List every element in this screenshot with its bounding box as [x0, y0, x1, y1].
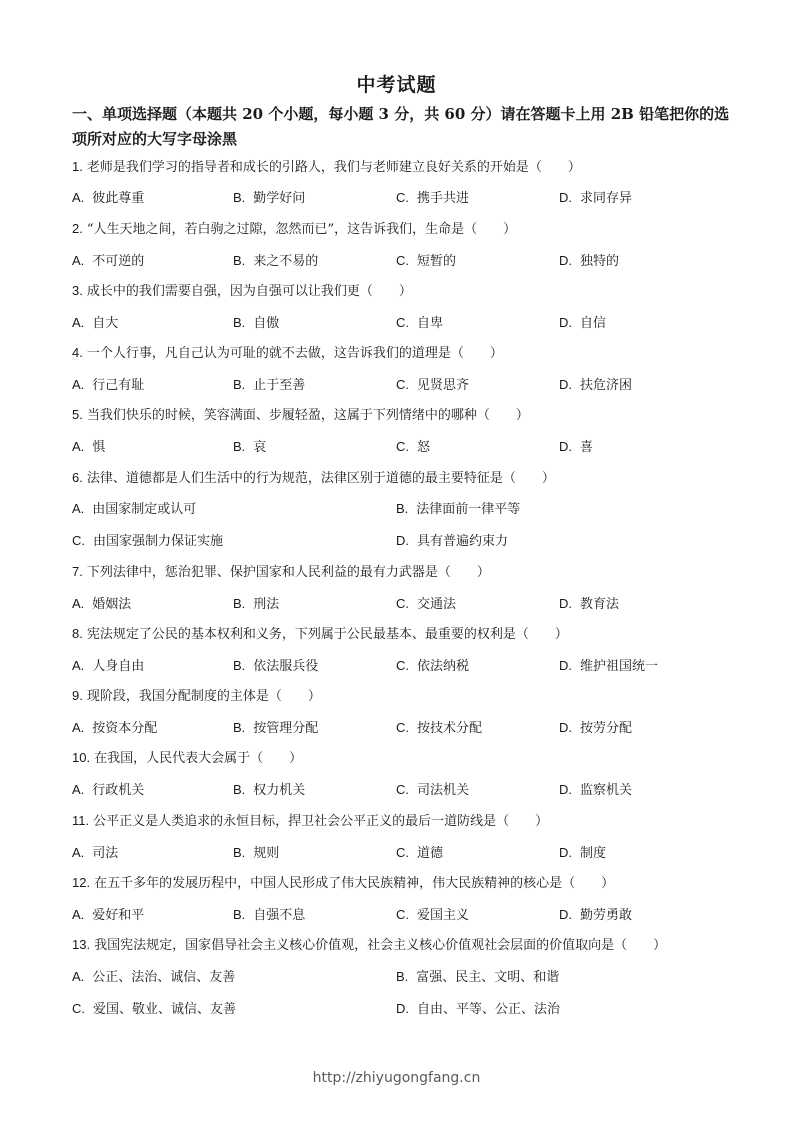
option-label: B. [233, 907, 245, 922]
question-number: 7. [72, 564, 83, 579]
option-label: B. [396, 969, 408, 984]
option-text: 制度 [580, 846, 606, 861]
option-12b: B.自强不息 [233, 906, 305, 925]
option-label: D. [559, 253, 572, 268]
option-text: 爱国主义 [417, 908, 469, 923]
option-9c: C.按技术分配 [396, 719, 482, 738]
option-text: 来之不易的 [253, 254, 318, 269]
option-text: 规则 [253, 846, 279, 861]
question-text: 我国宪法规定，国家倡导社会主义核心价值观，社会主义核心价值观社会层面的价值取向是… [94, 938, 666, 953]
option-6b: B.法律面前一律平等 [396, 500, 520, 519]
option-label: C. [396, 720, 409, 735]
option-3c: C.自卑 [396, 314, 443, 333]
option-label: B. [233, 190, 245, 205]
option-5b: B.哀 [233, 438, 266, 457]
option-text: 权力机关 [253, 783, 305, 798]
option-8b: B.依法服兵役 [233, 657, 318, 676]
option-12a: A.爱好和平 [72, 906, 144, 925]
option-text: 依法服兵役 [253, 659, 318, 674]
option-label: B. [233, 658, 245, 673]
page-title: 中考试题 [0, 70, 793, 97]
question-1: 1.老师是我们学习的指导者和成长的引路人，我们与老师建立良好关系的开始是（ ） [72, 158, 581, 177]
option-label: A. [72, 377, 84, 392]
question-text: 公平正义是人类追求的永恒目标，捍卫社会公平正义的最后一道防线是（ ） [93, 814, 548, 829]
option-10a: A.行政机关 [72, 781, 144, 800]
question-7: 7.下列法律中，惩治犯罪、保护国家和人民利益的最有力武器是（ ） [72, 563, 490, 582]
option-text: 按资本分配 [92, 721, 157, 736]
question-number: 1. [72, 159, 83, 174]
option-13b: B.富强、民主、文明、和谐 [396, 968, 559, 987]
question-text: 老师是我们学习的指导者和成长的引路人，我们与老师建立良好关系的开始是（ ） [87, 160, 581, 175]
option-text: 携手共进 [417, 191, 469, 206]
option-label: A. [72, 720, 84, 735]
option-1c: C.携手共进 [396, 189, 469, 208]
option-10c: C.司法机关 [396, 781, 469, 800]
option-label: A. [72, 658, 84, 673]
option-4b: B.止于至善 [233, 376, 305, 395]
option-9d: D.按劳分配 [559, 719, 632, 738]
option-text: 由国家制定或认可 [92, 502, 196, 517]
option-label: A. [72, 315, 84, 330]
option-label: A. [72, 782, 84, 797]
option-11b: B.规则 [233, 844, 279, 863]
option-label: A. [72, 845, 84, 860]
option-text: 司法 [92, 846, 118, 861]
option-4c: C.见贤思齐 [396, 376, 469, 395]
option-9b: B.按管理分配 [233, 719, 318, 738]
option-text: 不可逆的 [92, 254, 144, 269]
question-text: 成长中的我们需要自强，因为自强可以让我们更（ ） [87, 284, 412, 299]
option-11c: C.道德 [396, 844, 443, 863]
question-9: 9.现阶段，我国分配制度的主体是（ ） [72, 687, 321, 706]
option-label: C. [396, 439, 409, 454]
question-number: 3. [72, 283, 83, 298]
option-3b: B.自傲 [233, 314, 279, 333]
option-label: D. [559, 845, 572, 860]
option-6d: D.具有普遍约束力 [396, 532, 508, 551]
option-label: A. [72, 907, 84, 922]
option-text: 具有普遍约束力 [417, 534, 508, 549]
option-text: 勤劳勇敢 [580, 908, 632, 923]
option-text: 富强、民主、文明、和谐 [416, 970, 559, 985]
option-3a: A.自大 [72, 314, 118, 333]
option-label: B. [396, 501, 408, 516]
option-text: 按劳分配 [580, 721, 632, 736]
option-label: C. [396, 315, 409, 330]
option-13d: D.自由、平等、公正、法治 [396, 1000, 560, 1019]
option-label: C. [72, 533, 85, 548]
option-text: 自卑 [417, 316, 443, 331]
option-4a: A.行己有耻 [72, 376, 144, 395]
option-text: 惧 [92, 440, 105, 455]
option-1a: A.彼此尊重 [72, 189, 144, 208]
option-text: 扶危济困 [580, 378, 632, 393]
question-12: 12.在五千多年的发展历程中，中国人民形成了伟大民族精神，伟大民族精神的核心是（… [72, 874, 614, 893]
option-text: 监察机关 [580, 783, 632, 798]
option-label: A. [72, 439, 84, 454]
question-number: 8. [72, 626, 83, 641]
option-text: 由国家强制力保证实施 [93, 534, 223, 549]
option-5c: C.怒 [396, 438, 430, 457]
option-text: 自信 [580, 316, 606, 331]
question-8: 8.宪法规定了公民的基本权利和义务，下列属于公民最基本、最重要的权利是（ ） [72, 625, 568, 644]
option-13c: C.爱国、敬业、诚信、友善 [72, 1000, 236, 1019]
option-11d: D.制度 [559, 844, 606, 863]
option-label: C. [396, 190, 409, 205]
question-text: 下列法律中，惩治犯罪、保护国家和人民利益的最有力武器是（ ） [87, 565, 490, 580]
option-text: 短暂的 [417, 254, 456, 269]
question-number: 5. [72, 407, 83, 422]
option-text: 交通法 [417, 597, 456, 612]
question-3: 3.成长中的我们需要自强，因为自强可以让我们更（ ） [72, 282, 412, 301]
option-label: B. [233, 720, 245, 735]
question-number: 12. [72, 875, 90, 890]
option-7c: C.交通法 [396, 595, 456, 614]
option-12c: C.爱国主义 [396, 906, 469, 925]
option-text: 独特的 [580, 254, 619, 269]
question-text: 现阶段，我国分配制度的主体是（ ） [87, 689, 321, 704]
option-label: C. [396, 253, 409, 268]
question-number: 10. [72, 750, 90, 765]
option-label: D. [396, 533, 409, 548]
option-text: 求同存异 [580, 191, 632, 206]
option-label: B. [233, 439, 245, 454]
option-label: D. [559, 377, 572, 392]
option-5d: D.喜 [559, 438, 593, 457]
question-text: 在我国，人民代表大会属于（ ） [94, 751, 302, 766]
option-label: A. [72, 190, 84, 205]
option-text: 止于至善 [253, 378, 305, 393]
option-label: B. [233, 253, 245, 268]
option-text: 自由、平等、公正、法治 [417, 1002, 560, 1017]
option-label: D. [559, 782, 572, 797]
option-text: 喜 [580, 440, 593, 455]
option-text: 道德 [417, 846, 443, 861]
option-9a: A.按资本分配 [72, 719, 157, 738]
question-text: 当我们快乐的时候，笑容满面、步履轻盈，这属于下列情绪中的哪种（ ） [87, 408, 529, 423]
option-text: 维护祖国统一 [580, 659, 658, 674]
option-text: 彼此尊重 [92, 191, 144, 206]
option-text: 行己有耻 [92, 378, 144, 393]
question-13: 13.我国宪法规定，国家倡导社会主义核心价值观，社会主义核心价值观社会层面的价值… [72, 936, 666, 955]
question-number: 9. [72, 688, 83, 703]
option-text: 爱好和平 [92, 908, 144, 923]
option-label: A. [72, 596, 84, 611]
option-11a: A.司法 [72, 844, 118, 863]
question-text: 在五千多年的发展历程中，中国人民形成了伟大民族精神，伟大民族精神的核心是（ ） [94, 876, 614, 891]
option-label: D. [559, 720, 572, 735]
option-label: A. [72, 501, 84, 516]
option-label: B. [233, 377, 245, 392]
option-8c: C.依法纳税 [396, 657, 469, 676]
option-3d: D.自信 [559, 314, 606, 333]
option-label: A. [72, 253, 84, 268]
option-text: 婚姻法 [92, 597, 131, 612]
option-7a: A.婚姻法 [72, 595, 131, 614]
option-text: 自大 [92, 316, 118, 331]
option-label: C. [396, 596, 409, 611]
question-5: 5.当我们快乐的时候，笑容满面、步履轻盈，这属于下列情绪中的哪种（ ） [72, 406, 529, 425]
option-label: D. [559, 315, 572, 330]
option-label: B. [233, 596, 245, 611]
question-10: 10.在我国，人民代表大会属于（ ） [72, 749, 302, 768]
option-label: C. [396, 658, 409, 673]
option-4d: D.扶危济困 [559, 376, 632, 395]
option-12d: D.勤劳勇敢 [559, 906, 632, 925]
option-1b: B.勤学好问 [233, 189, 305, 208]
option-text: 司法机关 [417, 783, 469, 798]
option-text: 勤学好问 [253, 191, 305, 206]
option-2c: C.短暂的 [396, 252, 456, 271]
question-text: 宪法规定了公民的基本权利和义务，下列属于公民最基本、最重要的权利是（ ） [87, 627, 568, 642]
option-13a: A.公正、法治、诚信、友善 [72, 968, 235, 987]
option-label: B. [233, 315, 245, 330]
option-text: 法律面前一律平等 [416, 502, 520, 517]
question-number: 13. [72, 937, 90, 952]
option-7b: B.刑法 [233, 595, 279, 614]
option-label: B. [233, 782, 245, 797]
option-5a: A.惧 [72, 438, 105, 457]
option-label: C. [396, 907, 409, 922]
option-text: 自傲 [253, 316, 279, 331]
question-text: 一个人行事，凡自己认为可耻的就不去做，这告诉我们的道理是（ ） [87, 346, 503, 361]
footer-url: http://zhiyugongfang.cn [0, 1070, 793, 1086]
option-label: A. [72, 969, 84, 984]
option-text: 爱国、敬业、诚信、友善 [93, 1002, 236, 1017]
question-number: 6. [72, 470, 83, 485]
question-2: 2.“人生天地之间，若白驹之过隙，忽然而已”，这告诉我们，生命是（ ） [72, 220, 516, 239]
question-11: 11.公平正义是人类追求的永恒目标，捍卫社会公平正义的最后一道防线是（ ） [72, 812, 548, 831]
question-text: “人生天地之间，若白驹之过隙，忽然而已”，这告诉我们，生命是（ ） [87, 222, 516, 237]
question-number: 2. [72, 221, 83, 236]
option-text: 自强不息 [253, 908, 305, 923]
option-label: D. [559, 190, 572, 205]
option-label: D. [559, 439, 572, 454]
option-6a: A.由国家制定或认可 [72, 500, 196, 519]
question-number: 11. [72, 813, 89, 828]
option-2a: A.不可逆的 [72, 252, 144, 271]
option-text: 依法纳税 [417, 659, 469, 674]
option-7d: D.教育法 [559, 595, 619, 614]
option-10b: B.权力机关 [233, 781, 305, 800]
option-label: C. [396, 377, 409, 392]
option-label: D. [559, 596, 572, 611]
option-text: 按技术分配 [417, 721, 482, 736]
option-text: 刑法 [253, 597, 279, 612]
option-label: D. [396, 1001, 409, 1016]
option-8d: D.维护祖国统一 [559, 657, 658, 676]
option-text: 怒 [417, 440, 430, 455]
option-2b: B.来之不易的 [233, 252, 318, 271]
option-text: 教育法 [580, 597, 619, 612]
option-text: 行政机关 [92, 783, 144, 798]
option-label: D. [559, 658, 572, 673]
option-label: D. [559, 907, 572, 922]
option-label: C. [72, 1001, 85, 1016]
option-label: B. [233, 845, 245, 860]
option-6c: C.由国家强制力保证实施 [72, 532, 223, 551]
section-heading: 一、单项选择题（本题共 20 个小题，每小题 3 分，共 60 分）请在答题卡上… [72, 102, 732, 152]
question-6: 6.法律、道德都是人们生活中的行为规范，法律区别于道德的最主要特征是（ ） [72, 469, 555, 488]
option-text: 哀 [253, 440, 266, 455]
question-text: 法律、道德都是人们生活中的行为规范，法律区别于道德的最主要特征是（ ） [87, 471, 555, 486]
option-8a: A.人身自由 [72, 657, 144, 676]
option-label: C. [396, 782, 409, 797]
option-text: 公正、法治、诚信、友善 [92, 970, 235, 985]
option-text: 按管理分配 [253, 721, 318, 736]
option-1d: D.求同存异 [559, 189, 632, 208]
option-label: C. [396, 845, 409, 860]
question-4: 4.一个人行事，凡自己认为可耻的就不去做，这告诉我们的道理是（ ） [72, 344, 503, 363]
option-text: 人身自由 [92, 659, 144, 674]
option-2d: D.独特的 [559, 252, 619, 271]
option-10d: D.监察机关 [559, 781, 632, 800]
option-text: 见贤思齐 [417, 378, 469, 393]
question-number: 4. [72, 345, 83, 360]
